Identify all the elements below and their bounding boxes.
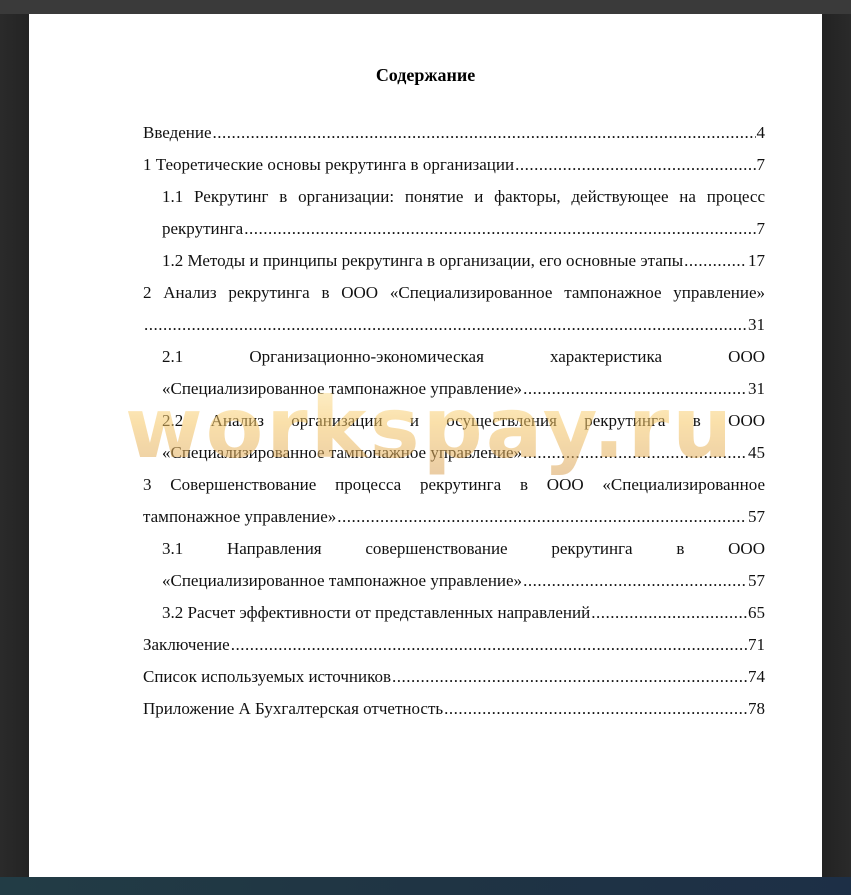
toc-entry-label: 2.2 Анализ организации и осуществления р… <box>162 405 765 437</box>
toc-page-number: 31 <box>748 309 765 341</box>
toc-entry[interactable]: 2.1 Организационно-экономическая характе… <box>143 341 765 373</box>
viewer-left-margin <box>0 14 29 877</box>
toc-entry[interactable]: тампонажное управление» 57 <box>143 501 765 533</box>
toc-dot-leader <box>523 565 747 597</box>
toc-page-number: 65 <box>748 597 765 629</box>
toc-entry-label: 3.2 Расчет эффективности от представленн… <box>162 597 590 629</box>
toc-entry-label: «Специализированное тампонажное управлен… <box>162 437 522 469</box>
toc-entry-label: Приложение А Бухгалтерская отчетность <box>143 693 443 725</box>
toc-entry[interactable]: 3 Совершенствование процесса рекрутинга … <box>143 469 765 501</box>
toc-dot-leader <box>392 661 747 693</box>
toc-entry-label: рекрутинга <box>162 213 243 245</box>
toc-entry-label: Список используемых источников <box>143 661 391 693</box>
toc-dot-leader <box>684 245 747 277</box>
toc-entry[interactable]: 3.1 Направления совершенствование рекрут… <box>143 533 765 565</box>
toc-page-number: 45 <box>748 437 765 469</box>
toc-entry-label: 1.1 Рекрутинг в организации: понятие и ф… <box>162 181 765 213</box>
toc-entry[interactable]: «Специализированное тампонажное управлен… <box>143 437 765 469</box>
toc-entry-label: 1 Теоретические основы рекрутинга в орга… <box>143 149 514 181</box>
toc-entry[interactable]: 31 <box>143 309 765 341</box>
toc-entry[interactable]: 1 Теоретические основы рекрутинга в орга… <box>143 149 765 181</box>
toc-entry-label: «Специализированное тампонажное управлен… <box>162 373 522 405</box>
toc-entry[interactable]: Заключение 71 <box>143 629 765 661</box>
toc-entry[interactable]: 3.2 Расчет эффективности от представленн… <box>143 597 765 629</box>
toc-page-number: 78 <box>748 693 765 725</box>
toc-dot-leader <box>591 597 747 629</box>
toc-entry[interactable]: Приложение А Бухгалтерская отчетность78 <box>143 693 765 725</box>
toc-entry[interactable]: 2.2 Анализ организации и осуществления р… <box>143 405 765 437</box>
toc-dot-leader <box>444 693 747 725</box>
toc-dot-leader <box>144 309 747 341</box>
toc-entry[interactable]: рекрутинга7 <box>143 213 765 245</box>
viewer-top-bar <box>0 0 851 14</box>
toc-page-number: 71 <box>748 629 765 661</box>
toc-dot-leader <box>337 501 747 533</box>
toc-dot-leader <box>231 629 747 661</box>
toc-page-number: 74 <box>748 661 765 693</box>
table-of-contents: Введение41 Теоретические основы рекрутин… <box>143 117 765 725</box>
toc-page-number: 17 <box>748 245 765 277</box>
toc-entry[interactable]: Введение4 <box>143 117 765 149</box>
document-page: Содержание Введение41 Теоретические осно… <box>29 14 822 877</box>
toc-page-number: 31 <box>748 373 765 405</box>
toc-entry-label: 2 Анализ рекрутинга в ООО «Специализиров… <box>143 277 765 309</box>
toc-page-number: 57 <box>748 565 765 597</box>
viewer-right-margin <box>822 14 851 877</box>
toc-dot-leader <box>523 373 747 405</box>
toc-entry-label: 2.1 Организационно-экономическая характе… <box>162 341 765 373</box>
toc-entry[interactable]: 1.2 Методы и принципы рекрутинга в орган… <box>143 245 765 277</box>
toc-dot-leader <box>523 437 747 469</box>
toc-entry-label: «Специализированное тампонажное управлен… <box>162 565 522 597</box>
toc-page-number: 7 <box>757 213 766 245</box>
toc-entry-label: 3.1 Направления совершенствование рекрут… <box>162 533 765 565</box>
viewer-bottom-bar <box>0 877 851 895</box>
toc-entry[interactable]: Список используемых источников74 <box>143 661 765 693</box>
toc-page-number: 7 <box>757 149 766 181</box>
toc-entry-label: 3 Совершенствование процесса рекрутинга … <box>143 469 765 501</box>
toc-dot-leader <box>244 213 755 245</box>
toc-entry[interactable]: 2 Анализ рекрутинга в ООО «Специализиров… <box>143 277 765 309</box>
toc-entry-label: Введение <box>143 117 212 149</box>
toc-dot-leader <box>515 149 755 181</box>
page-title: Содержание <box>29 65 822 86</box>
toc-entry-label: Заключение <box>143 629 230 661</box>
toc-page-number: 57 <box>748 501 765 533</box>
toc-entry-label: 1.2 Методы и принципы рекрутинга в орган… <box>162 245 683 277</box>
toc-entry[interactable]: «Специализированное тампонажное управлен… <box>143 373 765 405</box>
toc-entry[interactable]: 1.1 Рекрутинг в организации: понятие и ф… <box>143 181 765 213</box>
toc-entry-label: тампонажное управление» <box>143 501 336 533</box>
toc-entry[interactable]: «Специализированное тампонажное управлен… <box>143 565 765 597</box>
toc-dot-leader <box>213 117 756 149</box>
toc-page-number: 4 <box>757 117 766 149</box>
